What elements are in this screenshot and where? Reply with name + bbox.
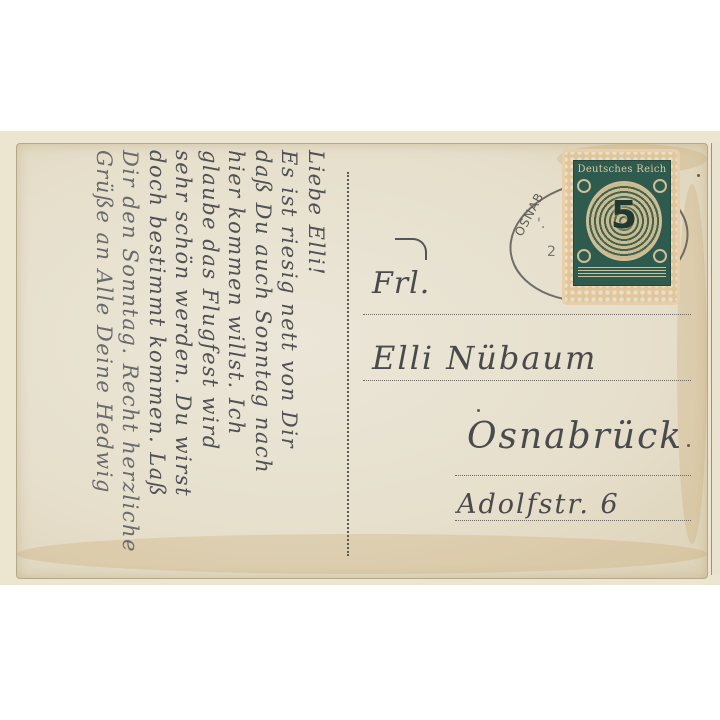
- speck: [477, 409, 480, 412]
- speck: [697, 174, 700, 177]
- stamp-ornament-icon: [577, 249, 591, 263]
- stamp-ornament-icon: [653, 179, 667, 193]
- address-name: Elli Nübaum: [372, 339, 597, 377]
- pencil-flourish: [395, 238, 427, 260]
- message-line: hier kommen willst. Ich: [223, 150, 250, 570]
- stamp-face: Deutsches Reich 5: [573, 160, 671, 286]
- message-line: glaube das Flugfest wird: [197, 150, 224, 570]
- message-line: Liebe Elli!: [303, 150, 330, 570]
- address-line: [455, 475, 691, 476]
- address-street: Adolfstr. 6: [457, 489, 620, 520]
- message-line: daß Du auch Sonntag nach: [250, 150, 277, 570]
- postage-stamp-icon: Deutsches Reich 5: [565, 152, 677, 302]
- stamp-band: [578, 265, 666, 277]
- postcard: Liebe Elli! Es ist riesig nett von Dir d…: [16, 143, 708, 579]
- stamp-ornament-icon: [653, 249, 667, 263]
- handwritten-message: Liebe Elli! Es ist riesig nett von Dir d…: [91, 150, 330, 570]
- address-line: [455, 520, 691, 521]
- address-line: [363, 314, 691, 315]
- postmark-day: '.: [537, 216, 545, 232]
- address-salutation: Frl.: [372, 266, 430, 301]
- card-divider: [347, 172, 349, 556]
- stamp-value: 5: [586, 193, 662, 237]
- message-line: sehr schön werden. Du wirst: [170, 150, 197, 570]
- stamp-ornament-icon: [577, 179, 591, 193]
- adjacent-card-edge: [711, 143, 720, 575]
- message-line: Grüße an Alle Deine Hedwig: [91, 150, 118, 570]
- postmark-date: 2: [547, 244, 556, 260]
- address-line: [363, 380, 691, 381]
- speck: [687, 444, 690, 447]
- message-line: Es ist riesig nett von Dir: [276, 150, 303, 570]
- address-city: Osnabrück: [467, 416, 683, 457]
- stamp-country-label: Deutsches Reich: [574, 164, 670, 175]
- message-line: Dir den Sonntag. Recht herzliche: [117, 150, 144, 570]
- message-line: doch bestimmt kommen. Laß: [144, 150, 171, 570]
